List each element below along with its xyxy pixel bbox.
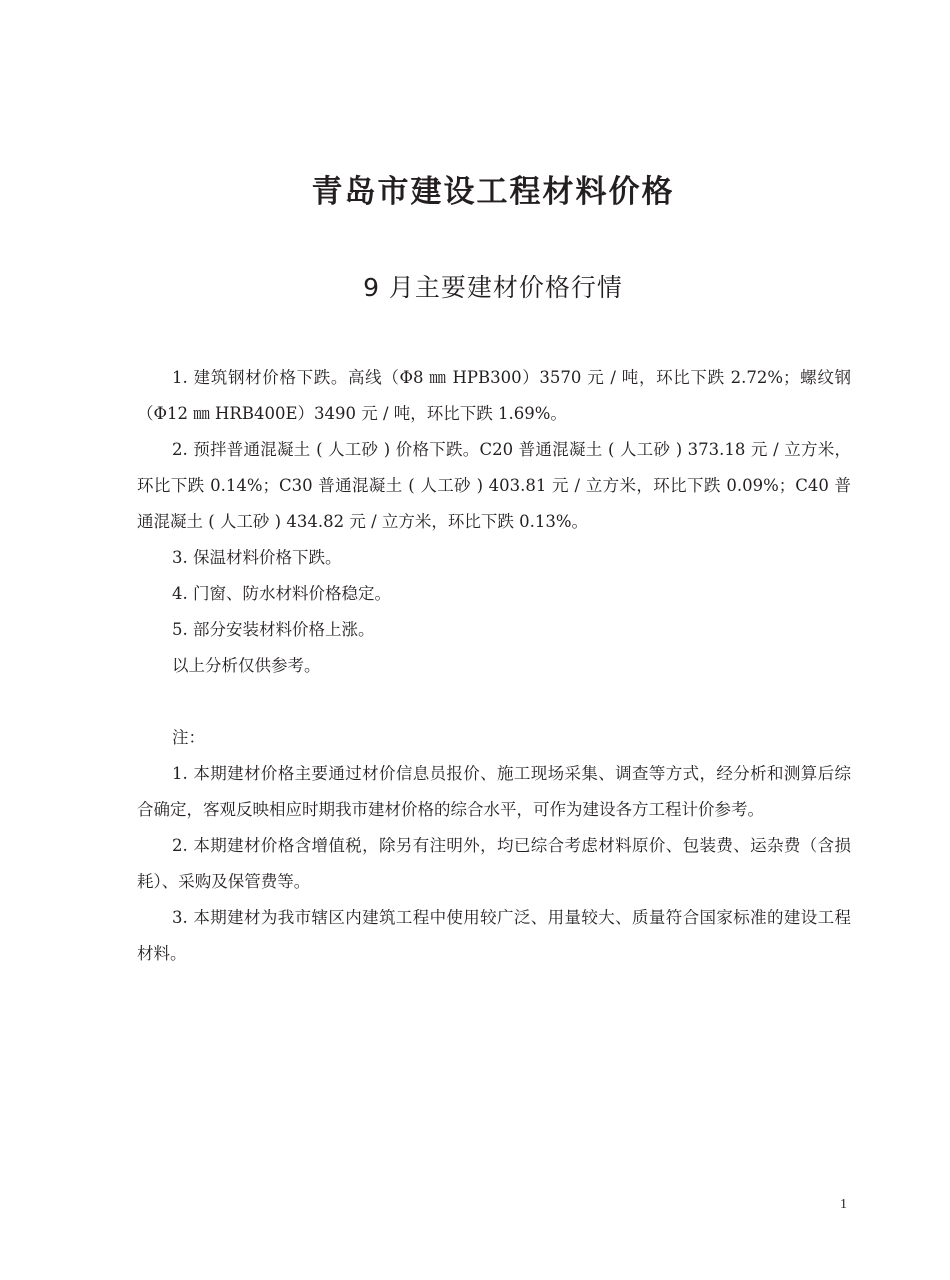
analysis-section: 1. 建筑钢材价格下跌。高线（Φ8 ㎜ HPB300）3570 元 / 吨，环比… — [137, 360, 851, 972]
page-number: 1 — [840, 1197, 847, 1213]
note-item-1: 1. 本期建材价格主要通过材价信息员报价、施工现场采集、调查等方式，经分析和测算… — [137, 756, 851, 828]
note-item-3: 3. 本期建材为我市辖区内建筑工程中使用较广泛、用量较大、质量符合国家标准的建设… — [137, 900, 851, 972]
analysis-item-concrete: 2. 预拌普通混凝土 ( 人工砂 ) 价格下跌。C20 普通混凝土 ( 人工砂 … — [137, 432, 851, 540]
document-title: 青岛市建设工程材料价格 — [0, 166, 950, 211]
analysis-item-insulation: 3. 保温材料价格下跌。 — [137, 540, 851, 576]
analysis-item-installation: 5. 部分安装材料价格上涨。 — [137, 612, 851, 648]
analysis-item-steel: 1. 建筑钢材价格下跌。高线（Φ8 ㎜ HPB300）3570 元 / 吨，环比… — [137, 360, 851, 432]
note-item-2: 2. 本期建材价格含增值税，除另有注明外，均已综合考虑材料原价、包装费、运杂费（… — [137, 828, 851, 900]
document-subtitle: 9 月主要建材价格行情 — [0, 268, 950, 304]
notes-label: 注： — [137, 720, 851, 756]
disclaimer: 以上分析仅供参考。 — [137, 648, 851, 684]
analysis-item-doors-windows: 4. 门窗、防水材料价格稳定。 — [137, 576, 851, 612]
